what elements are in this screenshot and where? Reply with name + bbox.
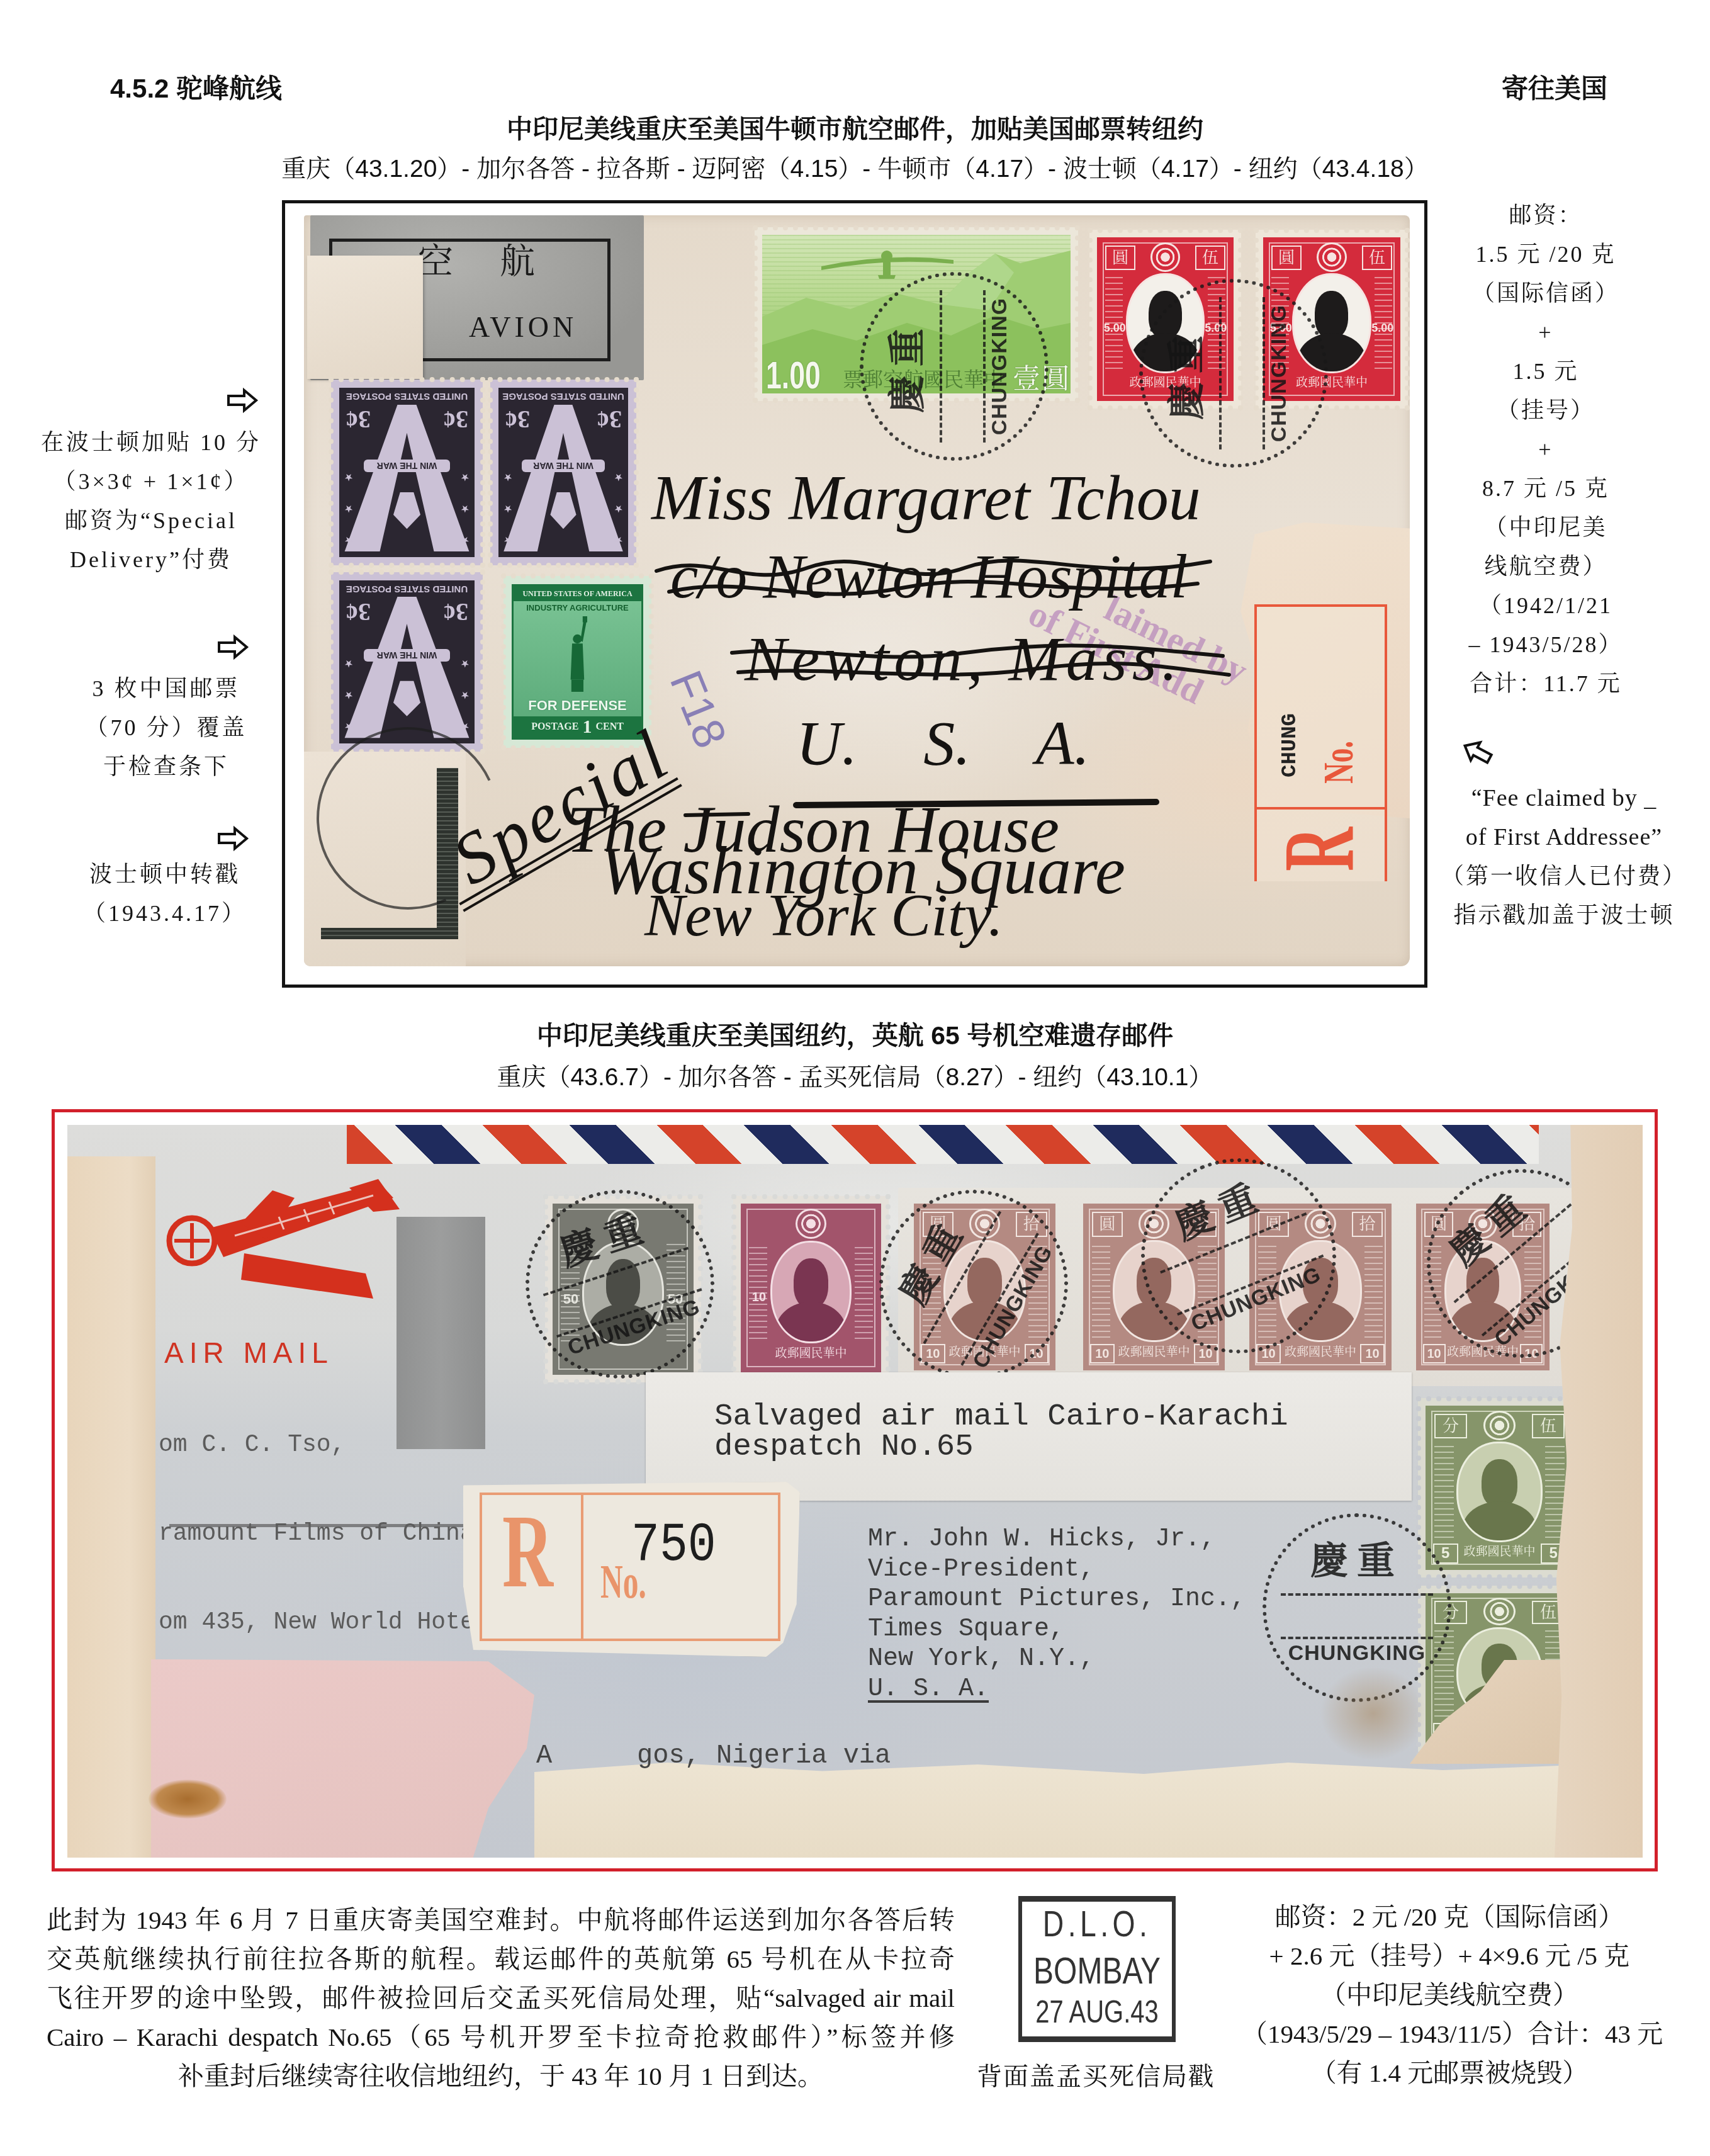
portrait-head (794, 1258, 828, 1308)
note-line: 在波士顿加贴 10 分 (25, 423, 277, 462)
note-line: （第一收信人已付费） (1426, 857, 1702, 896)
sun-emblem-icon (796, 1209, 826, 1239)
stamp-value: 10 (743, 1291, 774, 1304)
postage-line: （有 1.4 元邮票被烧毁） (1242, 2053, 1657, 2092)
address-line: Vice-President, (868, 1555, 1246, 1585)
cover1-title: 中印尼美线重庆至美国牛顿市航空邮件，加贴美国邮票转纽约 (0, 113, 1710, 145)
cover2-description: 此封为 1943 年 6 月 7 日重庆寄美国空难封。中航将邮件运送到加尔各答后… (47, 1900, 955, 2096)
arrow-right-icon (217, 827, 249, 850)
stamp-inscription: 中華民國郵政 (1281, 1344, 1361, 1362)
description-line: 补重封后继续寄往收信地纽约，于 43 年 10 月 1 日到达。 (47, 2057, 955, 2096)
postage-line: （中印尼美 (1420, 508, 1672, 547)
address-line: U. S. A. (868, 1674, 1246, 1705)
sun-yat-sen-portrait-icon (770, 1241, 852, 1344)
section-heading: 4.5.2 驼峰航线 (110, 73, 282, 104)
note-line: （1943.4.17） (39, 894, 291, 933)
arrow-right-icon-graphic (217, 827, 249, 850)
salvage-label-line: despatch No.65 (714, 1431, 1288, 1462)
stamp-value: 10 (1360, 1344, 1384, 1364)
dlo-line: D.L.O. (1022, 1905, 1172, 1943)
description-line: 交英航继续执行前往拉各斯的航程。载运邮件的英航第 65 号机在从卡拉奇 (47, 1939, 955, 1978)
stain (149, 1780, 227, 1819)
arrow-right-icon (217, 635, 249, 659)
note-covered-chinese-stamps: 3 枚中国邮票 （70 分）覆盖 于检查条下 (40, 669, 292, 786)
chungking-postmark: 重慶 CHUNGKING (501, 1165, 739, 1403)
arrow-right-icon-graphic (227, 388, 258, 412)
postage-line: 8.7 元 /5 克 (1420, 469, 1672, 508)
addressee-address: Mr. John W. Hicks, Jr., Vice-President, … (868, 1525, 1246, 1705)
note-line: 于检查条下 (40, 747, 292, 786)
routing-fragment: gos, Nigeria via (637, 1743, 891, 1768)
stamp-inscription: 中華民國郵政 (772, 1345, 850, 1363)
stamp-ornament (855, 1243, 873, 1344)
dlo-line: BOMBAY (1022, 1951, 1172, 1990)
airmail-border-stripes (347, 1125, 1539, 1164)
stamp-ornament (1434, 1443, 1454, 1542)
cover2-title: 中印尼美线重庆至美国纽约，英航 65 号机空难遗存邮件 (0, 1020, 1710, 1051)
arrow-right-icon (227, 388, 258, 412)
note-line: 波士顿中转戳 (39, 855, 291, 894)
portrait-shoulders (1462, 1501, 1538, 1542)
paper-edge-line (169, 1524, 472, 1527)
postmark-bar (1281, 1637, 1433, 1639)
note-line: “Fee claimed by _ (1426, 779, 1702, 818)
postage-line: + 2.6 元（挂号）+ 4×9.6 元 /5 克 (1242, 1936, 1657, 1975)
postage-line: – 1943/5/28） (1420, 625, 1672, 664)
salvaged-mail-label: Salvaged air mail Cairo-Karachi despatch… (646, 1372, 1412, 1501)
stamp-inscription: 中華民國郵政 (1115, 1344, 1194, 1362)
note-special-delivery: 在波士顿加贴 10 分 （3×3¢ + 1×1¢） 邮资为“Special De… (25, 423, 277, 579)
exhibit-page: 4.5.2 驼峰航线 寄往美国 中印尼美线重庆至美国牛顿市航空邮件，加贴美国邮票… (0, 0, 1710, 2156)
pink-repair-patch (151, 1659, 534, 1858)
cover2-postage-breakdown: 邮资：2 元 /20 克（国际信函） + 2.6 元（挂号）+ 4×9.6 元 … (1242, 1897, 1657, 2092)
salvage-label-line: Salvaged air mail Cairo-Karachi (714, 1401, 1288, 1431)
note-line: Delivery”付费 (25, 540, 277, 579)
registration-letter: R (502, 1499, 553, 1603)
cover2-route: 重庆（43.6.7）- 加尔各答 - 孟买死信局（8.27）- 纽约（43.10… (0, 1062, 1710, 1093)
sun-yat-sen-portrait-icon (1456, 1442, 1542, 1542)
postage-line: 线航空费） (1420, 547, 1672, 586)
stamp-corner-character: 拾 (1352, 1212, 1383, 1237)
postage-line: 合计：11.7 元 (1420, 664, 1672, 703)
chinese-maroon-stamp: 10 中華民國郵政 (741, 1204, 881, 1372)
note-line: 邮资为“Special (25, 501, 277, 540)
postage-line: （中印尼美线航空费） (1242, 1975, 1657, 2014)
postage-line: （挂号） (1420, 391, 1672, 430)
dlo-caption: 背面盖孟买死信局戳 (964, 2057, 1228, 2096)
stamp-value: 10 (1423, 1344, 1446, 1364)
sun-emblem-icon (1483, 1411, 1516, 1440)
dlo-bombay-postmark: D.L.O. BOMBAY 27 AUG.43 (1018, 1896, 1176, 2042)
description-line: 此封为 1943 年 6 月 7 日重庆寄美国空难封。中航将邮件运送到加尔各答后… (47, 1900, 955, 1939)
repair-paper-band (534, 1763, 1643, 1858)
stamp-corner-character: 伍 (1532, 1414, 1565, 1438)
description-line: 飞往开罗的途中坠毁，邮件被捡回后交孟买死信局处理，贴“salvaged air … (47, 1978, 955, 2018)
destination-heading: 寄往美国 (1502, 73, 1607, 104)
postage-line: （1943/5/29 – 1943/11/5）合计：43 元 (1242, 2014, 1657, 2053)
note-fee-claimed: “Fee claimed by _ of First Addressee” （第… (1426, 779, 1702, 935)
postage-line: 邮资： (1420, 196, 1672, 235)
stamp-inscription: 中華民國郵政 (1458, 1544, 1541, 1562)
stamp-corner-character: 圓 (1092, 1212, 1123, 1237)
red-airplane-icon (166, 1179, 400, 1303)
postmark-city-chinese: 重慶 (1266, 1542, 1448, 1580)
postage-line: 邮资：2 元 /20 克（国际信函） (1242, 1897, 1657, 1936)
stamp-corner-character: 分 (1434, 1414, 1467, 1438)
postmark-bar (1281, 1593, 1433, 1596)
postmark-city-english: CHUNGKING (1266, 1642, 1448, 1664)
paper-repair-strip (67, 1156, 155, 1858)
arrow-up-left-icon-graphic (1458, 734, 1497, 770)
registration-number-label: No. (600, 1558, 646, 1606)
address-country: U. S. A. (868, 1675, 989, 1703)
dlo-line: 27 AUG.43 (1022, 1995, 1172, 2028)
cover1-postage-breakdown: 邮资： 1.5 元 /20 克 （国际信函） + 1.5 元 （挂号） + 8.… (1420, 196, 1672, 703)
postage-line: （国际信函） (1420, 274, 1672, 313)
label-divider (581, 1493, 583, 1641)
registration-label: R 750 No. (463, 1482, 800, 1657)
cover2-envelope: AIR MAIL om C. C. Tso, ramount Films of … (67, 1125, 1643, 1858)
chinese-5-fen-stamp: 分 伍 5 中華民國郵政 5 (1426, 1406, 1573, 1570)
note-line: （70 分）覆盖 (40, 708, 292, 747)
burn-stain (1320, 1666, 1427, 1761)
note-line: （3×3¢ + 1×1¢） (25, 462, 277, 501)
postmark-city-chinese: 重慶 (872, 1173, 995, 1348)
note-line: 3 枚中国邮票 (40, 669, 292, 708)
portrait-shoulders (775, 1302, 847, 1343)
arrow-up-left-icon (1458, 734, 1497, 770)
stamp-ornament (1364, 1242, 1383, 1342)
cover1-route: 重庆（43.1.20）- 加尔各答 - 拉各斯 - 迈阿密（4.15）- 牛顿市… (0, 154, 1710, 185)
postage-line: 1.5 元 (1420, 352, 1672, 391)
salvage-label-text: Salvaged air mail Cairo-Karachi despatch… (714, 1401, 1288, 1462)
address-line: New York, N.Y., (868, 1644, 1246, 1674)
address-line: Times Square, (868, 1615, 1246, 1645)
address-line: Paramount Pictures, Inc., (868, 1584, 1246, 1615)
note-line: 指示戳加盖于波士顿 (1426, 896, 1702, 935)
stamp-value: 10 (1090, 1344, 1114, 1364)
stamp-ornament (1092, 1242, 1110, 1342)
postmark-city-chinese: 重慶 (514, 1194, 697, 1286)
gray-paper-strip (397, 1217, 485, 1449)
arrow-right-icon-graphic (217, 635, 249, 659)
postmark-city-english: CHUNGKING (544, 1289, 723, 1365)
cover1-envelope: 空 航 AVION ★ ★ ★ ★ ★ ★ WIN THE WAR 3¢ 3¢ … (304, 215, 1410, 966)
postage-line: （1942/1/21 (1420, 586, 1672, 625)
postage-line: + (1420, 430, 1672, 469)
portrait-head (1482, 1459, 1517, 1508)
description-line: Cairo – Karachi despatch No.65（65 号机开罗至卡… (47, 2018, 955, 2057)
routing-fragment: A (536, 1743, 552, 1768)
postage-line: 1.5 元 /20 克 (1420, 235, 1672, 274)
air-mail-imprint: AIR MAIL (164, 1338, 334, 1367)
postage-line: + (1420, 313, 1672, 352)
note-line: of First Addressee” (1426, 818, 1702, 857)
address-line: Mr. John W. Hicks, Jr., (868, 1525, 1246, 1555)
sender-line: om 435, New World Hotel, (159, 1608, 503, 1637)
note-boston-transit: 波士顿中转戳 （1943.4.17） (39, 855, 291, 933)
